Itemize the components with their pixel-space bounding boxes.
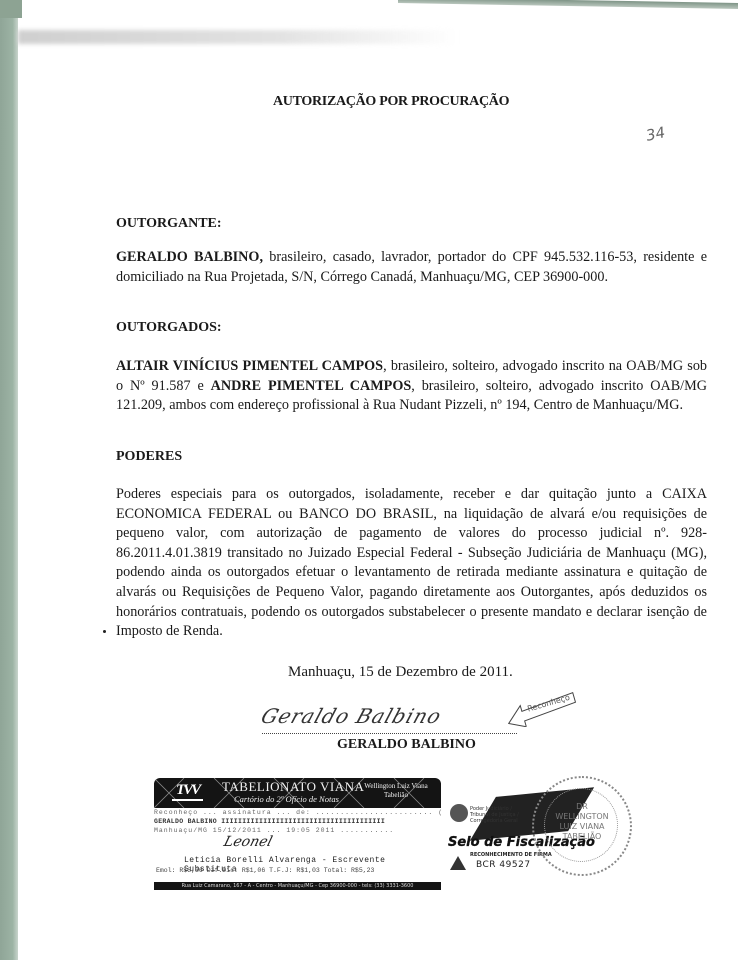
signatory-name: GERALDO BALBINO xyxy=(337,737,476,753)
round-stamp-line-1: DR xyxy=(540,802,624,812)
seal-code: BCR 49527 xyxy=(476,860,531,870)
grantor-heading: OUTORGANTE: xyxy=(116,216,222,232)
notary-line-1: Reconheço ... assinatura ... de: .......… xyxy=(154,808,441,817)
round-stamp-line-4: TABELIÃO xyxy=(540,832,624,842)
handwritten-page-number: 34 xyxy=(644,123,666,145)
scan-shadow xyxy=(18,30,458,44)
seal-organization: Poder Judiciário / Tribunal de Justiça /… xyxy=(470,806,530,824)
recognized-arrow-stamp: Reconheço xyxy=(502,686,580,731)
place-and-date: Manhuaçu, 15 de Dezembro de 2011. xyxy=(288,664,513,681)
round-stamp-line-3: LUIZ VIANA xyxy=(540,822,624,832)
scan-speck xyxy=(103,630,106,633)
notary-owner: Wellington Luiz Viana Tabelião xyxy=(354,782,438,800)
round-stamp-line-2: WELLINGTON xyxy=(540,812,624,822)
notary-office-name: TABELIONATO VIANA xyxy=(222,779,364,795)
scan-border-top xyxy=(398,0,738,9)
powers-heading: PODERES xyxy=(116,449,182,465)
round-notary-stamp: DR WELLINGTON LUIZ VIANA TABELIÃO xyxy=(532,776,632,876)
scan-border-corner xyxy=(0,0,22,18)
notary-body: Reconheço ... assinatura ... de: .......… xyxy=(154,808,441,882)
handwritten-signature: Geraldo Balbino xyxy=(258,704,445,728)
notary-footer-address: Rua Luiz Camarano, 167 - A - Centro - Ma… xyxy=(154,882,441,890)
grantee-2-name: ANDRE PIMENTEL CAMPOS xyxy=(211,378,412,394)
notary-header: TVV TABELIONATO VIANA Cartório do 2º Ofí… xyxy=(154,778,441,808)
grantor-paragraph: GERALDO BALBINO, brasileiro, casado, lav… xyxy=(116,248,707,287)
notary-stamp: TVV TABELIONATO VIANA Cartório do 2º Ofí… xyxy=(150,772,445,892)
scan-border-left xyxy=(0,0,18,960)
triangle-logo-icon xyxy=(450,856,466,870)
notary-owner-title: Tabelião xyxy=(354,791,438,800)
notary-line-3: Manhuaçu/MG 15/12/2011 ... 19:05 2011 ..… xyxy=(154,826,441,835)
notary-office-subtitle: Cartório do 2º Ofício de Notas xyxy=(234,794,339,804)
notary-logo: TVV xyxy=(172,782,203,801)
round-stamp-text: DR WELLINGTON LUIZ VIANA TABELIÃO xyxy=(540,802,624,842)
notary-fees: Emol: R$3,36 Dif.Dis: R$1,06 T.F.J: R$1,… xyxy=(156,866,374,875)
powers-paragraph: Poderes especiais para os outorgados, is… xyxy=(116,485,707,642)
signature-line xyxy=(262,733,517,734)
grantor-name: GERALDO BALBINO, xyxy=(116,249,263,265)
grantee-1-name: ALTAIR VINÍCIUS PIMENTEL CAMPOS xyxy=(116,358,383,374)
document-title: AUTORIZAÇÃO POR PROCURAÇÃO xyxy=(273,94,509,110)
grantees-heading: OUTORGADOS: xyxy=(116,320,222,336)
grantees-paragraph: ALTAIR VINÍCIUS PIMENTEL CAMPOS, brasile… xyxy=(116,357,707,416)
notary-owner-name: Wellington Luiz Viana xyxy=(354,782,438,791)
tjmg-emblem-icon xyxy=(450,804,468,822)
notary-clerk-signature: Leonel xyxy=(223,838,273,847)
notary-line-2: GERALDO BALBINO IIIIIIIIIIIIIIIIIIIIIIII… xyxy=(154,817,441,826)
